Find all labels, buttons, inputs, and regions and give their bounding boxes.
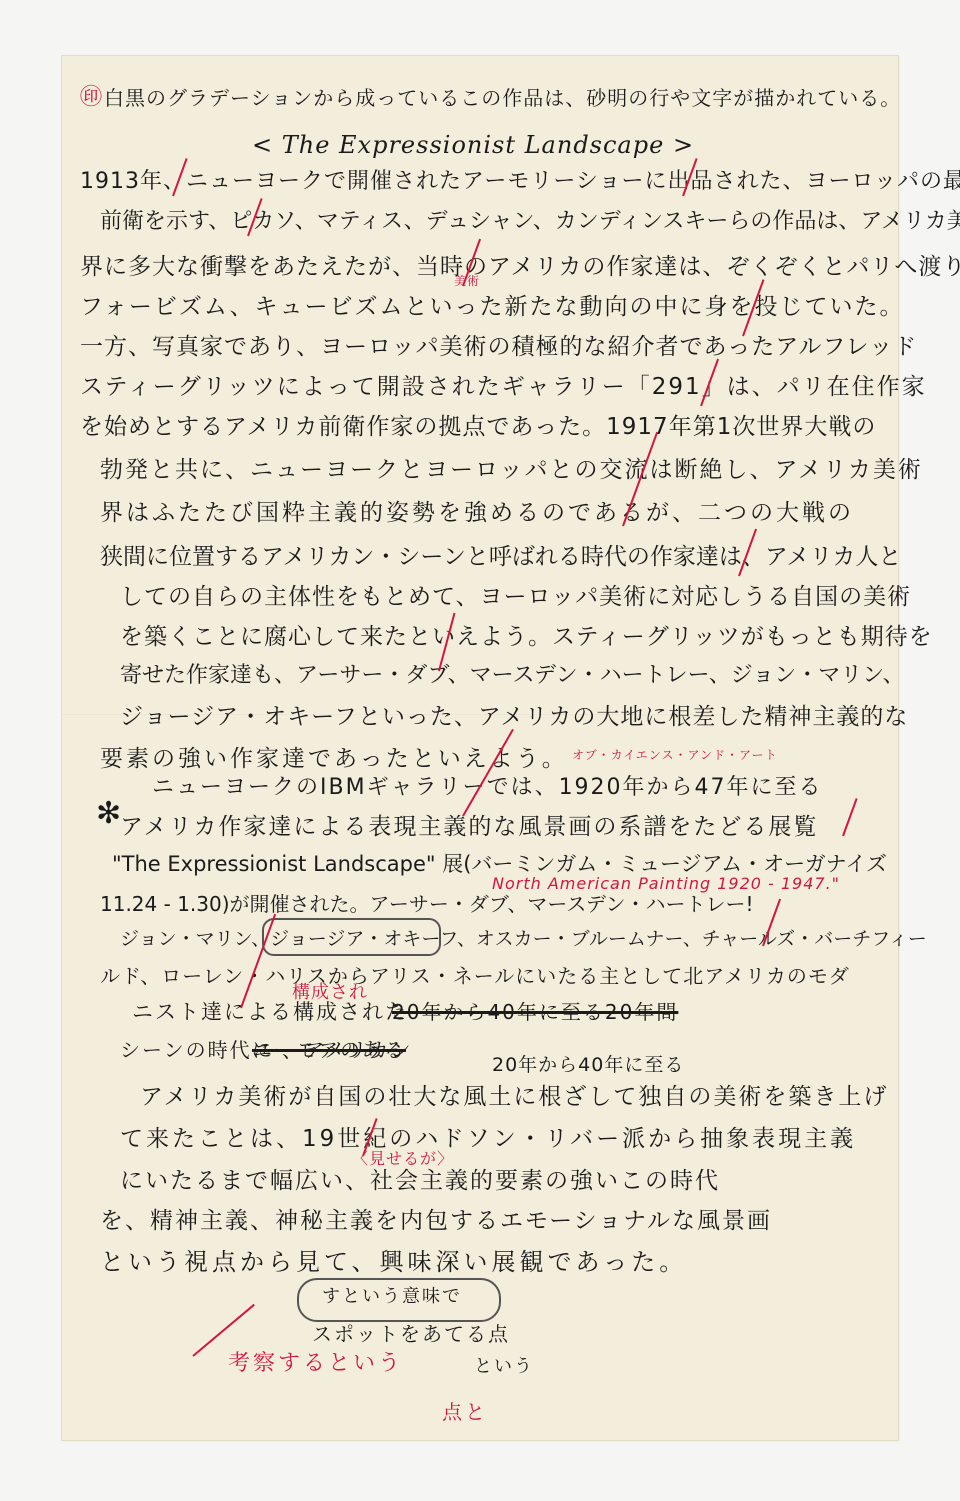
manuscript-line: を始めとするアメリカ前衛作家の拠点であった。1917年第1次世界大戦の xyxy=(80,408,876,441)
manuscript-line: 寄せた作家達も、アーサー・ダブ、マースデン・ハートレー、ジョン・マリン、 xyxy=(120,658,905,689)
manuscript-line: という xyxy=(474,1352,534,1378)
red-annotation: 点と xyxy=(442,1396,488,1425)
red-annotation: 考察するという xyxy=(228,1346,403,1377)
manuscript-line: 20年から40年に至る xyxy=(492,1050,684,1077)
margin-scribble-mark: ✻ xyxy=(96,796,121,831)
manuscript-line: アメリカ作家達による表現主義的な風景画の系譜をたどる展覧 xyxy=(120,808,818,841)
manuscript-line: フォービズム、キュービズムといった新たな動向の中に身を投じていた。 xyxy=(80,288,905,321)
struck-text: ユーモアのある xyxy=(252,1034,406,1063)
manuscript-line: を築くことに腐心して来たといえよう。スティーグリッツがもっとも期待を xyxy=(120,618,933,651)
manuscript-page: ㊞ 白黒のグラデーションから成っているこの作品は、砂明の行や文字が描かれている。… xyxy=(62,56,898,1440)
manuscript-line: アメリカ美術が自国の壮大な風土に根ざして独自の美術を築き上げ xyxy=(140,1078,888,1111)
manuscript-line: にいたるまで幅広い、社会主義的要素の強いこの時代 xyxy=(120,1162,720,1195)
manuscript-line: ジョン・マリン、ジョージア・オキーフ、オスカー・ブルームナー、チャールズ・バーチ… xyxy=(120,924,927,951)
manuscript-line: 前衛を示す、ピカソ、マティス、デュシャン、カンディンスキーらの作品は、アメリカ美… xyxy=(100,204,960,235)
manuscript-line: 一方、写真家であり、ヨーロッパ美術の積極的な紹介者であったアルフレッド xyxy=(80,328,917,361)
red-edit-slash xyxy=(842,798,858,836)
manuscript-line: ジョージア・オキーフといった、アメリカの大地に根差した精神主義的な xyxy=(120,698,908,731)
manuscript-line: という視点から見て、興味深い展観であった。 xyxy=(100,1242,687,1277)
margin-seal-mark: ㊞ xyxy=(80,80,104,111)
manuscript-line: 勃発と共に、ニューヨークとヨーロッパとの交流は断絶し、アメリカ美術 xyxy=(100,451,923,484)
manuscript-line: スティーグリッツによって開設されたギャラリー「291」は、パリ在住作家 xyxy=(80,368,927,401)
manuscript-line: 界に多大な衝撃をあたえたが、当時のアメリカの作家達は、ぞくぞくとパリへ渡り xyxy=(80,248,960,281)
manuscript-line: すという意味で xyxy=(322,1282,462,1308)
manuscript-line: スポットをあてる点 xyxy=(312,1318,510,1347)
manuscript-heading: < The Expressionist Landscape > xyxy=(252,131,694,159)
manuscript-line: を、精神主義、神秘主義を内包するエモーショナルな風景画 xyxy=(100,1202,772,1235)
manuscript-line: 白黒のグラデーションから成っているこの作品は、砂明の行や文字が描かれている。 xyxy=(104,82,901,111)
manuscript-line: 1913年、ニューヨークで開催されたアーモリーショーに出品された、ヨーロッパの最 xyxy=(80,164,960,195)
manuscript-line: しての自らの主体性をもとめて、ヨーロッパ美術に対応しうる自国の美術 xyxy=(120,578,911,611)
manuscript-line: ニスト達による構成された xyxy=(132,996,408,1026)
manuscript-line: 11.24 - 1.30)が開催された。アーサー・ダブ、マースデン・ハートレー! xyxy=(100,888,754,917)
red-annotation: オブ・カイエンス・アンド・アート xyxy=(572,746,778,763)
manuscript-line: て来たことは、19世紀のハドソン・リバー派から抽象表現主義 xyxy=(120,1120,856,1153)
manuscript-line: 狭間に位置するアメリカン・シーンと呼ばれる時代の作家達は、アメリカ人と xyxy=(100,538,901,571)
struck-text: 20年から40年に至る20年間 xyxy=(392,996,678,1025)
manuscript-line: ルド、ローレン・ハリスからアリス・ネールにいたる主として北アメリカのモダ xyxy=(100,960,850,989)
manuscript-line: 界はふたたび国粋主義的姿勢を強めるのであるが、二つの大戦の xyxy=(100,494,854,527)
